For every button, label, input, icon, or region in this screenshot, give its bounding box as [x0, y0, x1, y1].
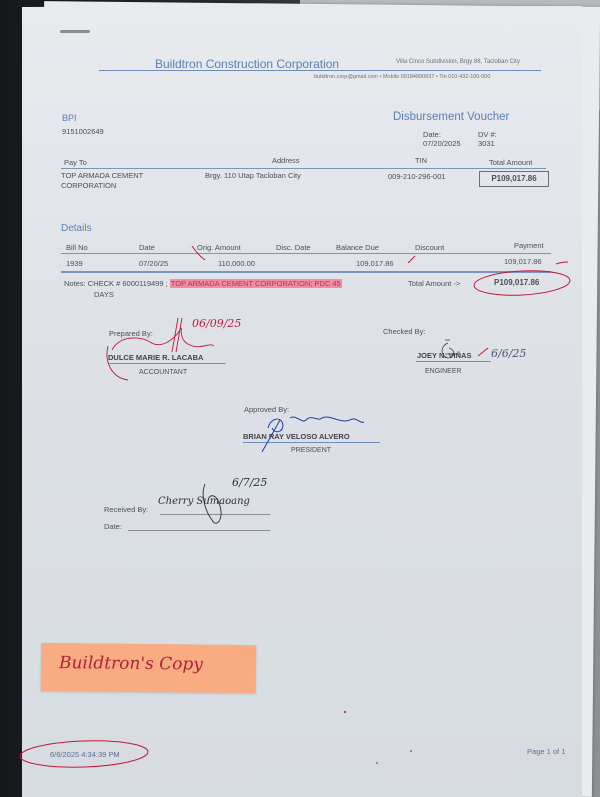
approved-by-name: BRIAN RAY VELOSO ALVERO: [243, 432, 350, 441]
notes-highlighted: TOP ARMADA CEMENT CORPORATION; PDC 45: [170, 279, 342, 288]
received-date-label: Date:: [104, 522, 122, 531]
checked-handwritten-date: 6/6/25: [491, 347, 526, 360]
dv-number: 3031: [478, 139, 495, 148]
tin-header: TIN: [415, 156, 427, 165]
received-handwritten-date: 6/7/25: [232, 476, 267, 489]
checked-by-label: Checked By:: [383, 327, 426, 336]
received-date-line: [128, 530, 270, 531]
address-header: Address: [272, 156, 300, 165]
sticky-note-text: Buildtron's Copy: [59, 653, 203, 675]
prepared-by-label: Prepared By:: [109, 329, 153, 338]
col-date: Date: [139, 243, 155, 252]
payee-name: TOP ARMADA CEMENT CORPORATION: [61, 171, 191, 191]
col-balance-due: Balance Due: [336, 243, 379, 252]
prepared-sig-line: [108, 363, 226, 364]
payee-tin: 009-210-296-001: [388, 172, 446, 181]
date-label: Date:: [423, 130, 441, 139]
col-bill-no: Bill No: [66, 243, 88, 252]
col-orig-amount: Orig. Amount: [197, 243, 241, 252]
approved-by-label: Approved By:: [244, 405, 289, 414]
checked-by-title: ENGINEER: [425, 368, 462, 375]
checked-by-name: JOEY N. VIÑAS: [417, 351, 471, 360]
cell-bill-no: 1939: [66, 259, 83, 268]
dv-number-label: DV #:: [478, 130, 497, 139]
prepared-by-title: ACCOUNTANT: [139, 369, 187, 376]
received-sig-line: [160, 514, 270, 515]
received-handwritten-name: Cherry Sumaoang: [158, 496, 250, 507]
payee-header-divider: [61, 168, 546, 169]
cell-payment: 109,017.86: [504, 257, 542, 266]
notes-continuation: DAYS: [94, 290, 114, 299]
approved-by-title: PRESIDENT: [291, 447, 331, 454]
print-timestamp: 6/6/2025 4:34:39 PM: [50, 750, 120, 759]
col-payment: Payment: [514, 241, 544, 250]
notes: Notes: CHECK # 6000119499 ; TOP ARMADA C…: [64, 279, 342, 288]
staple-mark: [60, 30, 90, 33]
details-title: Details: [61, 223, 92, 234]
col-disc-date: Disc. Date: [276, 243, 311, 252]
cell-balance-due: 109,017.86: [356, 259, 394, 268]
payee-address: Brgy. 110 Utap Tacloban City: [205, 171, 301, 180]
details-header-divider: [61, 253, 551, 254]
header-divider: [99, 70, 541, 71]
approved-sig-line: [243, 442, 380, 443]
received-by-label: Received By:: [104, 505, 148, 514]
total-amount-value: P109,017.86: [494, 278, 539, 287]
prepared-by-name: DULCE MARIE R. LACABA: [108, 353, 203, 362]
details-row-divider: [61, 271, 551, 273]
total-amount-label: Total Amount ->: [408, 279, 460, 288]
notes-label: Notes:: [64, 279, 86, 288]
bank-name: BPI: [62, 113, 77, 123]
prepared-handwritten-date: 06/09/25: [192, 317, 241, 330]
company-name: Buildtron Construction Corporation: [155, 57, 339, 71]
cell-orig-amount: 110,000.00: [218, 259, 255, 268]
cell-date: 07/20/25: [139, 259, 168, 268]
checked-sig-line: [416, 361, 491, 362]
total-amount-header: Total Amount: [489, 158, 532, 167]
voucher-title: Disbursement Voucher: [393, 111, 509, 123]
page-number: Page 1 of 1: [527, 747, 565, 756]
bank-account: 9151002649: [62, 127, 104, 136]
col-discount: Discount: [415, 243, 444, 252]
sticky-note: Buildtron's Copy: [41, 643, 256, 693]
company-address: Villa Cinco Subdivision, Brgy 88, Taclob…: [396, 59, 520, 65]
voucher-date: 07/20/2025: [423, 139, 461, 148]
total-amount-box: P109,017.86: [479, 171, 549, 187]
pay-to-header: Pay To: [64, 158, 87, 167]
notes-check: CHECK # 6000119499 ;: [88, 279, 168, 288]
company-contact: buildtron.corp@gmail.com • Mobile 091848…: [314, 74, 490, 80]
